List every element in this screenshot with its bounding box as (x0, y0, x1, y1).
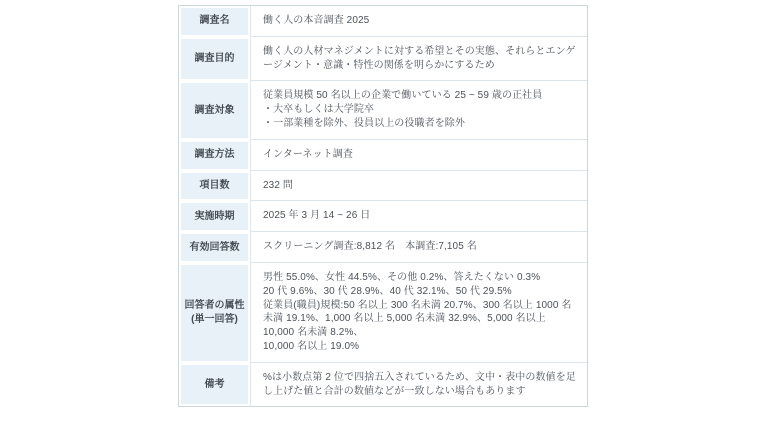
table-row: 調査方法 インターネット調査 (179, 140, 587, 171)
row-content-survey-period: 2025 年 3 月 14 ~ 26 日 (250, 201, 587, 232)
row-content-survey-name: 働く人の本音調査 2025 (250, 6, 587, 37)
table-row: 項目数 232 問 (179, 171, 587, 202)
row-label-survey-purpose: 調査目的 (179, 37, 250, 82)
row-content-remarks: %は小数点第 2 位で四捨五入されているため、文中・表中の数値を足し上げた値と合… (250, 363, 587, 407)
row-label-survey-name: 調査名 (179, 6, 250, 37)
table-row: 備考 %は小数点第 2 位で四捨五入されているため、文中・表中の数値を足し上げた… (179, 363, 587, 407)
row-content-valid-responses: スクリーニング調査:8,812 名 本調査:7,105 名 (250, 232, 587, 263)
row-label-valid-responses: 有効回答数 (179, 232, 250, 263)
table-row: 有効回答数 スクリーニング調査:8,812 名 本調査:7,105 名 (179, 232, 587, 263)
survey-overview-table: 調査名 働く人の本音調査 2025 調査目的 働く人の人材マネジメントに対する希… (178, 5, 588, 407)
page-canvas: 調査名 働く人の本音調査 2025 調査目的 働く人の人材マネジメントに対する希… (0, 0, 770, 433)
row-label-item-count: 項目数 (179, 171, 250, 202)
table-row: 実施時期 2025 年 3 月 14 ~ 26 日 (179, 201, 587, 232)
row-label-respondent-attributes: 回答者の属性 (単一回答) (179, 263, 250, 363)
row-content-survey-method: インターネット調査 (250, 140, 587, 171)
table-row: 調査名 働く人の本音調査 2025 (179, 6, 587, 37)
table-row: 回答者の属性 (単一回答) 男性 55.0%、女性 44.5%、その他 0.2%… (179, 263, 587, 363)
table-row: 調査対象 従業員規模 50 名以上の企業で働いている 25 ~ 59 歳の正社員… (179, 81, 587, 139)
row-content-respondent-attributes: 男性 55.0%、女性 44.5%、その他 0.2%、答えたくない 0.3% 2… (250, 263, 587, 363)
row-content-survey-target: 従業員規模 50 名以上の企業で働いている 25 ~ 59 歳の正社員 ・大卒も… (250, 81, 587, 139)
row-content-item-count: 232 問 (250, 171, 587, 202)
table-row: 調査目的 働く人の人材マネジメントに対する希望とその実態、それらとエンゲージメン… (179, 37, 587, 82)
row-content-survey-purpose: 働く人の人材マネジメントに対する希望とその実態、それらとエンゲージメント・意識・… (250, 37, 587, 82)
row-label-remarks: 備考 (179, 363, 250, 407)
row-label-survey-method: 調査方法 (179, 140, 250, 171)
row-label-survey-target: 調査対象 (179, 81, 250, 139)
row-label-survey-period: 実施時期 (179, 201, 250, 232)
